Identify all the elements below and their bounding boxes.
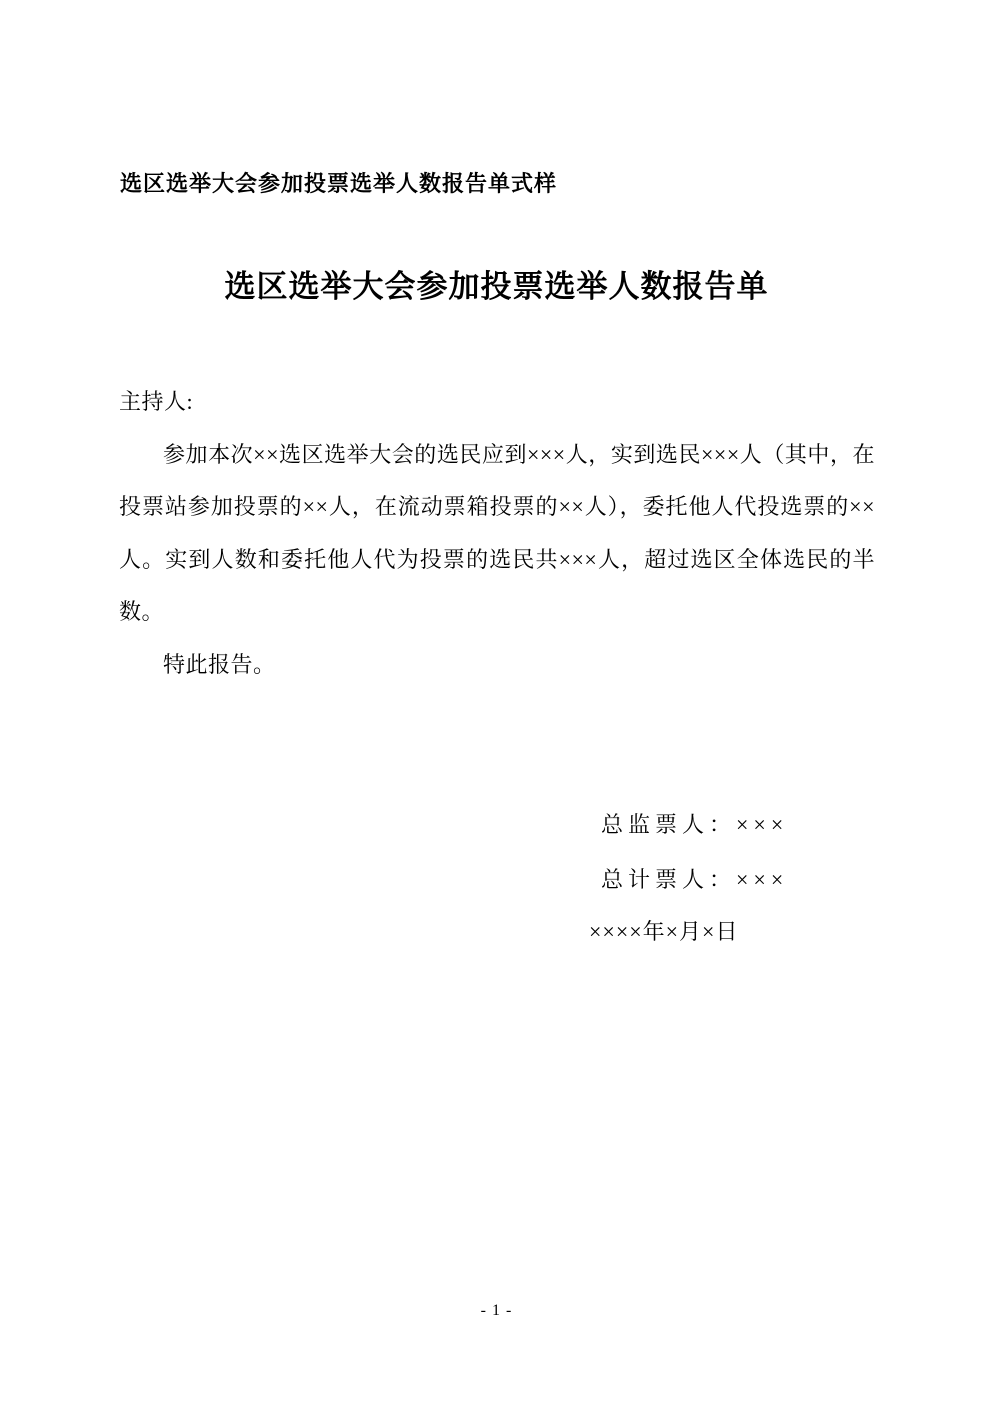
chief-supervisor-signature-line: 总监票人：××× (601, 812, 788, 838)
closing-line: 特此报告。 (119, 639, 875, 692)
signature-date-line: ××××年×月×日 (589, 919, 738, 945)
report-paragraph: 参加本次××选区选举大会的选民应到×××人，实到选民×××人（其中，在投票站参加… (119, 429, 875, 639)
chief-teller-signature-line: 总计票人：××× (601, 867, 788, 893)
document-title: 选区选举大会参加投票选举人数报告单 (0, 266, 993, 308)
doc-type-label: 选区选举大会参加投票选举人数报告单式样 (120, 170, 557, 198)
document-page: 选区选举大会参加投票选举人数报告单式样 选区选举大会参加投票选举人数报告单 主持… (0, 0, 993, 1404)
document-body: 主持人: 参加本次××选区选举大会的选民应到×××人，实到选民×××人（其中，在… (119, 376, 875, 691)
salutation-line: 主持人: (119, 376, 875, 429)
page-number: - 1 - (0, 1301, 993, 1321)
